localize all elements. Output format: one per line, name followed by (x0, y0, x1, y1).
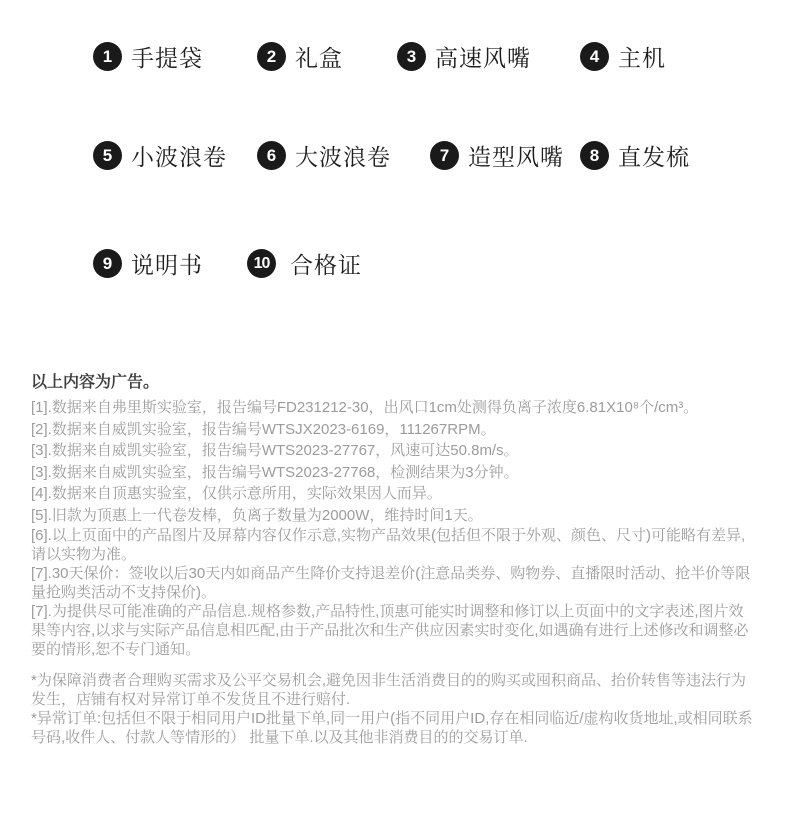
legend-item-9: 9 说明书 (93, 249, 203, 278)
legend-item-10: 10 合格证 (247, 249, 362, 278)
legend-item-label: 说明书 (131, 247, 203, 280)
product-info-panel: 1 手提袋 2 礼盒 3 高速风嘴 4 主机 5 小波浪卷 6 大波浪卷 7 造… (0, 0, 790, 835)
legend-item-label: 主机 (618, 40, 666, 73)
disclaimer-section: 以上内容为广告。 [1].数据来自弗里斯实验室，报告编号FD231212-30，… (31, 372, 757, 747)
number-badge-icon: 8 (580, 141, 609, 170)
legend-item-label: 合格证 (290, 247, 362, 280)
legal-note-2: *异常订单:包括但不限于相同用户ID批量下单,同一用户(指不同用户ID,存在相同… (31, 709, 757, 747)
disclaimer-paragraph-1: [6].以上页面中的产品图片及屏幕内容仅作示意,实物产品效果(包括但不限于外观、… (31, 526, 757, 564)
number-badge-icon: 3 (397, 42, 426, 71)
legend-item-4: 4 主机 (580, 42, 666, 71)
legend-item-6: 6 大波浪卷 (257, 141, 391, 170)
disclaimer-note-4: [3].数据来自威凯实验室，报告编号WTS2023-27768，检测结果为3分钟… (31, 462, 757, 484)
legend-item-label: 小波浪卷 (131, 139, 227, 172)
legend-item-label: 礼盒 (295, 40, 343, 73)
disclaimer-note-5: [4].数据来自顶惠实验室，仅供示意所用，实际效果因人而异。 (31, 483, 757, 505)
legend-item-label: 大波浪卷 (295, 139, 391, 172)
legend-item-label: 高速风嘴 (435, 40, 531, 73)
disclaimer-note-1: [1].数据来自弗里斯实验室，报告编号FD231212-30，出风口1cm处测得… (31, 397, 757, 419)
legend-item-label: 手提袋 (131, 40, 203, 73)
number-badge-icon: 6 (257, 141, 286, 170)
legend-item-7: 7 造型风嘴 (430, 141, 564, 170)
number-badge-icon: 9 (93, 249, 122, 278)
disclaimer-note-6: [5].旧款为顶惠上一代卷发棒，负离子数量为2000W，维持时间1天。 (31, 505, 757, 527)
legend-item-label: 直发梳 (618, 139, 690, 172)
legal-notes: *为保障消费者合理购买需求及公平交易机会,避免因非生活消费目的的购买或囤积商品、… (31, 671, 757, 747)
number-badge-icon: 4 (580, 42, 609, 71)
legend-item-2: 2 礼盒 (257, 42, 343, 71)
legend-item-1: 1 手提袋 (93, 42, 203, 71)
legend-item-label: 造型风嘴 (468, 139, 564, 172)
legal-note-1: *为保障消费者合理购买需求及公平交易机会,避免因非生活消费目的的购买或囤积商品、… (31, 671, 757, 709)
disclaimer-note-2: [2].数据来自威凯实验室，报告编号WTSJX2023-6169，111267R… (31, 419, 757, 441)
legend-item-8: 8 直发梳 (580, 141, 690, 170)
number-badge-icon: 7 (430, 141, 459, 170)
disclaimer-heading: 以上内容为广告。 (31, 372, 757, 394)
disclaimer-paragraph-2: [7].30天保价：签收以后30天内如商品产生降价支持退差价(注意品类券、购物券… (31, 564, 757, 602)
disclaimer-note-3: [3].数据来自威凯实验室，报告编号WTS2023-27767，风速可达50.8… (31, 440, 757, 462)
legend-item-5: 5 小波浪卷 (93, 141, 227, 170)
legend-item-3: 3 高速风嘴 (397, 42, 531, 71)
disclaimer-paragraph-3: [7].为提供尽可能准确的产品信息.规格参数,产品特性,顶惠可能实时调整和修订以… (31, 602, 757, 659)
number-badge-icon: 2 (257, 42, 286, 71)
number-badge-icon: 10 (247, 249, 276, 278)
number-badge-icon: 1 (93, 42, 122, 71)
number-badge-icon: 5 (93, 141, 122, 170)
